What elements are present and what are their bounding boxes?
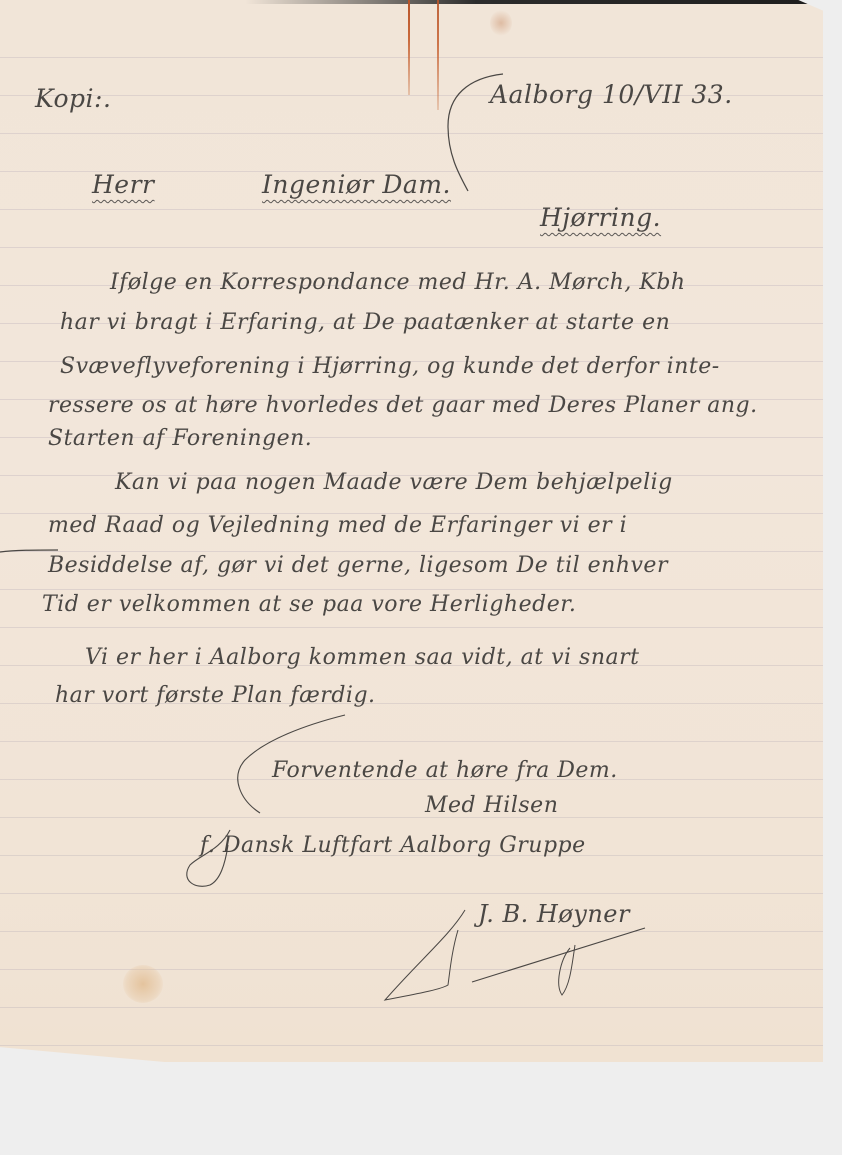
body-line: Svæveflyveforening i Hjørring, og kunde …: [60, 356, 720, 378]
body-line: med Raad og Vejledning med de Erfaringer…: [48, 515, 627, 537]
signature-flourish: [380, 900, 650, 1010]
rust-stain-left: [408, 0, 410, 95]
body-line: Kan vi paa nogen Maade være Dem behjælpe…: [115, 472, 673, 494]
closing-line: Forventende at høre fra Dem.: [272, 760, 618, 782]
letter-paper: Kopi:. Aalborg 10/VII 33. Herr Ingeniør …: [0, 0, 823, 1062]
body-line: Ifølge en Korrespondance med Hr. A. Mørc…: [110, 272, 686, 294]
body-line: Tid er velkommen at se paa vore Herlighe…: [42, 594, 576, 616]
recipient-name: Ingeniør Dam.: [262, 172, 451, 197]
spot-stain-top: [490, 10, 512, 36]
body-line: ressere os at høre hvorledes det gaar me…: [48, 395, 758, 417]
body-line: Besiddelse af, gør vi det gerne, ligesom…: [48, 555, 668, 577]
body-line: har vi bragt i Erfaring, at De paatænker…: [60, 312, 670, 334]
salutation: Herr: [92, 172, 155, 197]
recipient-city: Hjørring.: [540, 205, 661, 230]
body-line: Starten af Foreningen.: [48, 428, 312, 450]
body-line: Vi er her i Aalborg kommen saa vidt, at …: [85, 647, 639, 669]
scan-edge-shadow: [245, 0, 823, 4]
organization-name: f. Dansk Luftfart Aalborg Gruppe: [200, 835, 586, 857]
closing-greeting: Med Hilsen: [425, 795, 558, 817]
body-line: har vort første Plan færdig.: [55, 685, 376, 707]
place-date: Aalborg 10/VII 33.: [490, 82, 733, 107]
copy-label: Kopi:.: [35, 86, 111, 111]
water-stain-bottom: [123, 965, 163, 1003]
